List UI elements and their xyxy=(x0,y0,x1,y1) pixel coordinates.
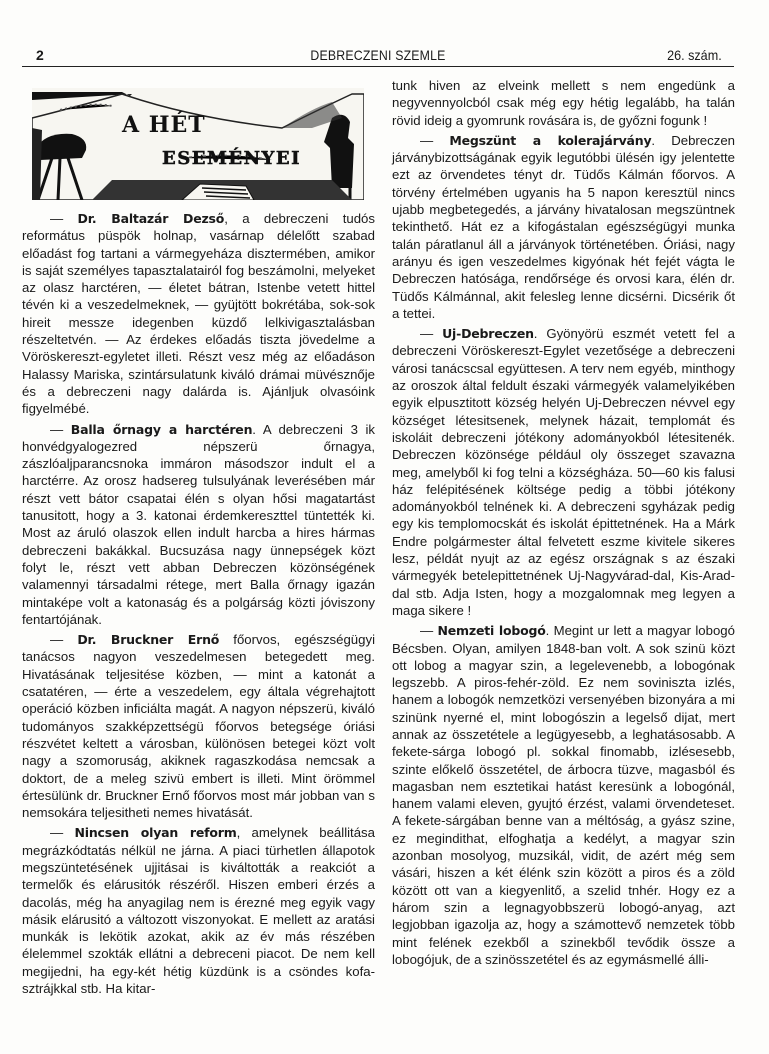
banner-artwork: A HÉT ESEMÉNYEI xyxy=(32,88,364,200)
section-banner-illustration: A HÉT ESEMÉNYEI xyxy=(32,88,364,200)
article-balla: — Balla őrnagy a harctéren. A debreczeni… xyxy=(22,421,375,629)
page-number: 2 xyxy=(36,47,44,63)
article-headline: Nemzeti lobogó xyxy=(438,623,546,638)
article-headline: Balla őrnagy a harctéren xyxy=(71,422,253,437)
article-body: , amelynek beállitása megrázkódtatás nél… xyxy=(22,825,375,996)
publication-title: DEBRECZENI SZEMLE xyxy=(65,47,692,63)
article-bruckner: — Dr. Bruckner Ernő főorvos, egészségügy… xyxy=(22,631,375,821)
article-body: főorvos, egészségügyi tanácsos nagyon ve… xyxy=(22,632,375,820)
svg-text:A HÉT: A HÉT xyxy=(121,111,206,138)
article-headline: Dr. Baltazár Dezső xyxy=(78,211,225,226)
left-column: — Dr. Baltazár Dezső, a debreczeni tudós… xyxy=(22,210,375,1000)
article-body: tunk hiven az elveink mellett s nem enge… xyxy=(392,78,735,128)
article-body: . Gyönyörü eszmét vetett fel a debreczen… xyxy=(392,326,735,618)
article-kolera: — Megszünt a kolerajárvány. Debreczen já… xyxy=(392,132,735,322)
article-nemzeti-lobogo: — Nemzeti lobogó. Megint ur lett a magya… xyxy=(392,622,735,968)
article-reform: — Nincsen olyan reform, amelynek beállit… xyxy=(22,824,375,997)
article-reform-continued: tunk hiven az elveink mellett s nem enge… xyxy=(392,77,735,129)
article-headline: Dr. Bruckner Ernő xyxy=(77,632,219,647)
article-baltazar: — Dr. Baltazár Dezső, a debreczeni tudós… xyxy=(22,210,375,418)
article-body: . Megint ur lett a magyar lobogó Bécsben… xyxy=(392,623,735,967)
article-body: . A debreczeni 3 ik honvédgyalogezred né… xyxy=(22,422,375,627)
article-body: . Debreczen járványbizottságának egyik l… xyxy=(392,133,735,321)
issue-number: 26. szám. xyxy=(667,47,722,63)
article-headline: Megszünt a kolerajárvány xyxy=(449,133,651,148)
article-uj-debreczen: — Uj-Debreczen. Gyönyörü eszmét vetett f… xyxy=(392,325,735,619)
right-column: tunk hiven az elveink mellett s nem enge… xyxy=(392,77,735,971)
article-headline: Uj-Debreczen xyxy=(442,326,534,341)
article-headline: Nincsen olyan reform xyxy=(75,825,237,840)
article-body: , a debreczeni tudós református püspök h… xyxy=(22,211,375,416)
svg-text:ESEMÉNYEI: ESEMÉNYEI xyxy=(162,146,301,169)
page-header: 2 DEBRECZENI SZEMLE 26. szám. xyxy=(22,46,734,67)
